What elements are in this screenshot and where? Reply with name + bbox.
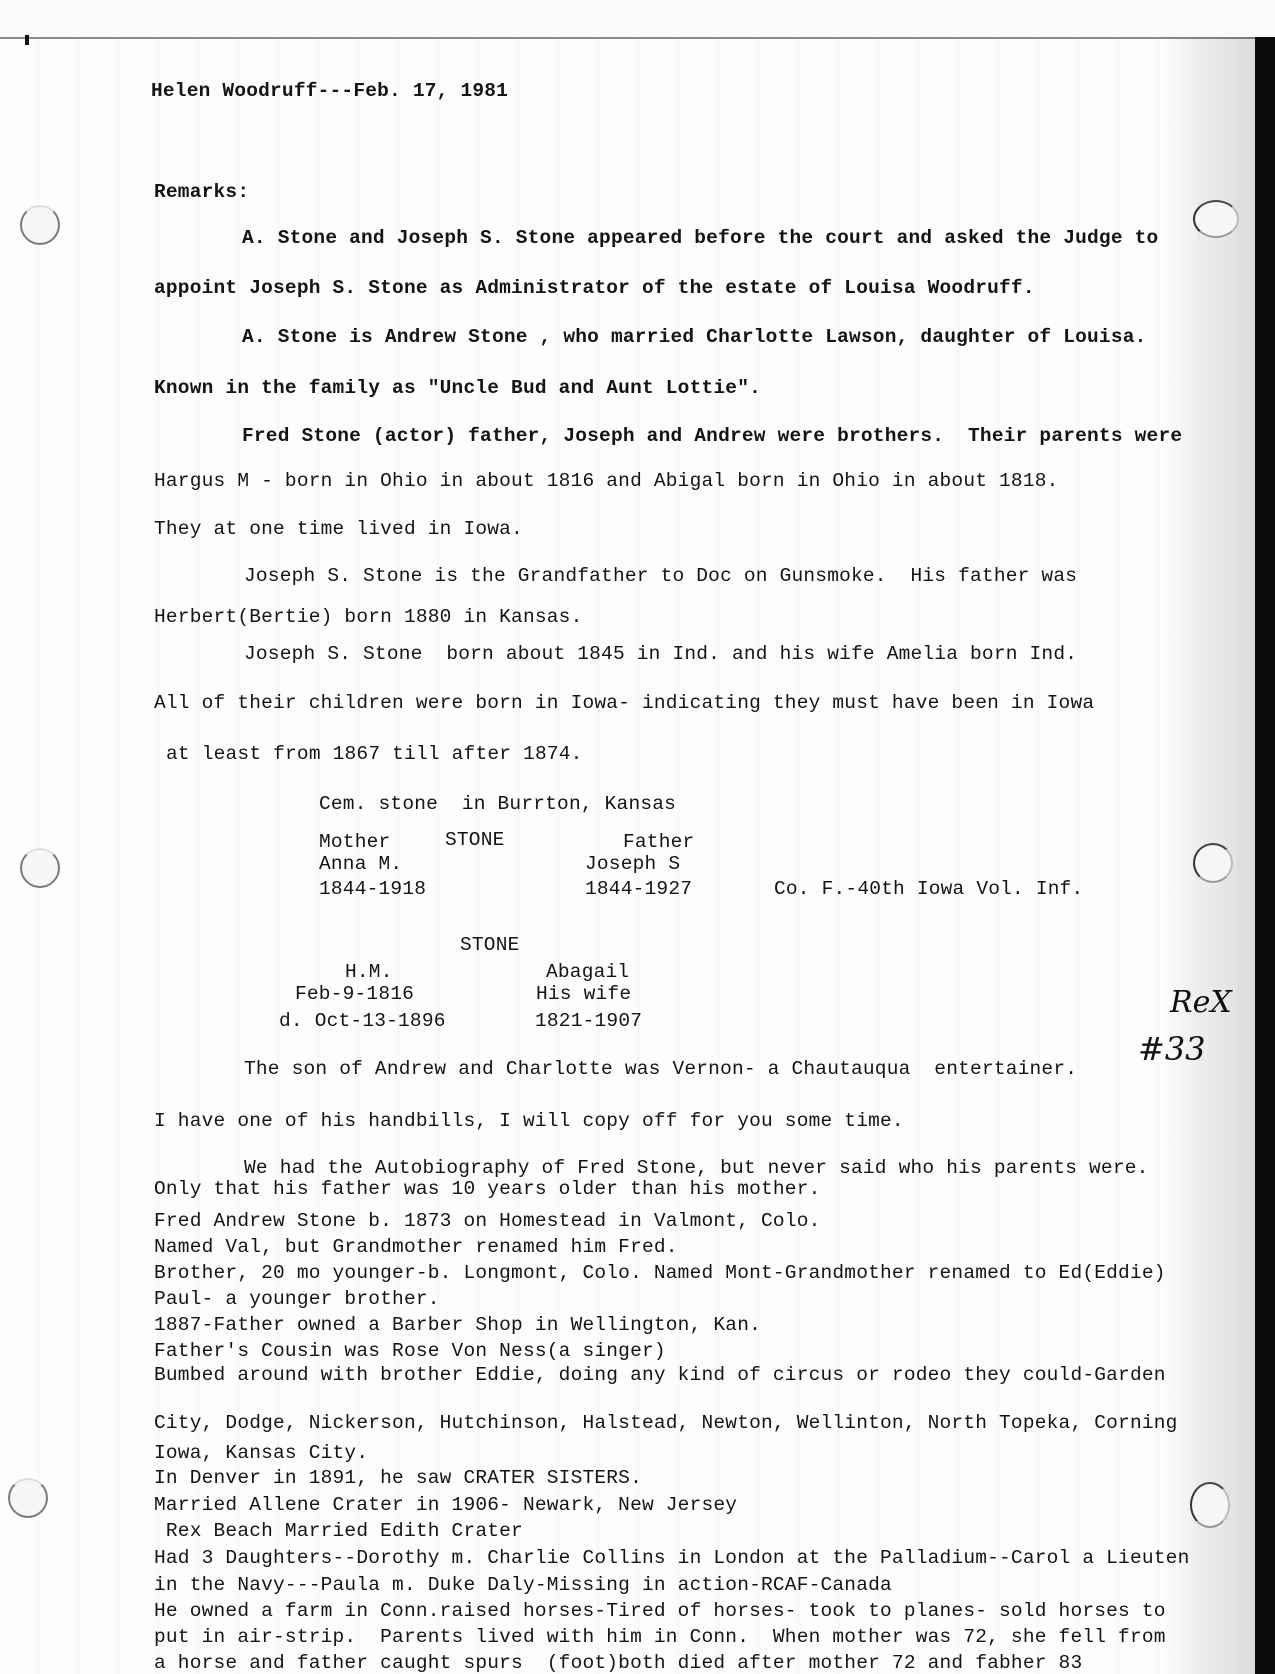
paragraph-line: Hargus M - born in Ohio in about 1816 an…: [154, 470, 1059, 492]
hole-punch-right-bottom: [1190, 1482, 1230, 1528]
stone1-mother-name: Anna M.: [319, 853, 402, 875]
paragraph-line: A. Stone is Andrew Stone , who married C…: [242, 326, 1147, 348]
paragraph-line: They at one time lived in Iowa.: [154, 518, 523, 540]
note-line: Bumbed around with brother Eddie, doing …: [154, 1364, 1166, 1386]
paragraph-line: Only that his father was 10 years older …: [154, 1178, 821, 1200]
note-line: put in air-strip. Parents lived with him…: [154, 1626, 1166, 1648]
hole-punch-left-middle: [20, 848, 60, 888]
paragraph-line: at least from 1867 till after 1874.: [166, 743, 583, 765]
paragraph-line: Joseph S. Stone born about 1845 in Ind. …: [244, 643, 1077, 665]
stone1-father-name: Joseph S: [585, 853, 680, 875]
note-line: Iowa, Kansas City.: [154, 1442, 368, 1464]
note-line: Father's Cousin was Rose Von Ness(a sing…: [154, 1340, 666, 1362]
note-line: Rex Beach Married Edith Crater: [154, 1520, 523, 1542]
scan-mark: [25, 35, 29, 45]
scan-edge-bar: [1255, 37, 1275, 1674]
note-line: a horse and father caught spurs (foot)bo…: [154, 1652, 1082, 1674]
paragraph-line: I have one of his handbills, I will copy…: [154, 1110, 904, 1132]
stone1-mother-years: 1844-1918: [319, 878, 426, 900]
scan-top-margin: [0, 0, 1275, 37]
paragraph-line: A. Stone and Joseph S. Stone appeared be…: [242, 227, 1158, 249]
paragraph-line: Known in the family as "Uncle Bud and Au…: [154, 377, 761, 399]
note-line: City, Dodge, Nickerson, Hutchinson, Hals…: [154, 1412, 1178, 1434]
remarks-label: Remarks:: [154, 181, 249, 203]
stone2-left-name: H.M.: [345, 961, 393, 983]
note-line: Fred Andrew Stone b. 1873 on Homestead i…: [154, 1210, 821, 1232]
note-line: 1887-Father owned a Barber Shop in Welli…: [154, 1314, 761, 1336]
note-line: In Denver in 1891, he saw CRATER SISTERS…: [154, 1467, 642, 1489]
paragraph-line: Fred Stone (actor) father, Joseph and An…: [242, 425, 1182, 447]
note-line: in the Navy---Paula m. Duke Daly-Missing…: [154, 1574, 892, 1596]
hole-punch-right-middle: [1193, 843, 1233, 883]
note-line: Named Val, but Grandmother renamed him F…: [154, 1236, 678, 1258]
stone1-military-note: Co. F.-40th Iowa Vol. Inf.: [774, 878, 1083, 900]
stone2-heading: STONE: [460, 934, 520, 956]
hole-punch-right-top: [1193, 200, 1239, 238]
hole-punch-left-top: [20, 205, 60, 245]
stone1-father-label: Father: [623, 831, 694, 853]
paragraph-line: The son of Andrew and Charlotte was Vern…: [244, 1058, 1077, 1080]
hole-punch-left-bottom: [8, 1478, 48, 1518]
paragraph-line: Herbert(Bertie) born 1880 in Kansas.: [154, 606, 582, 628]
note-line: Brother, 20 mo younger-b. Longmont, Colo…: [154, 1262, 1166, 1284]
stone2-right-name: Abagail: [546, 961, 629, 983]
note-line: Had 3 Daughters--Dorothy m. Charlie Coll…: [154, 1547, 1189, 1569]
note-line: Paul- a younger brother.: [154, 1288, 440, 1310]
paragraph-line: Joseph S. Stone is the Grandfather to Do…: [244, 565, 1077, 587]
handwritten-annotation: ReX: [1170, 985, 1232, 1020]
note-line: Married Allene Crater in 1906- Newark, N…: [154, 1494, 737, 1516]
stone2-right-years: 1821-1907: [535, 1010, 642, 1032]
handwritten-number: #33: [1138, 1030, 1206, 1068]
document-header: Helen Woodruff---Feb. 17, 1981: [151, 80, 508, 102]
paragraph-line: appoint Joseph S. Stone as Administrator…: [154, 277, 1035, 299]
stone1-heading: STONE: [445, 829, 505, 851]
stone1-father-years: 1844-1927: [585, 878, 692, 900]
note-line: He owned a farm in Conn.raised horses-Ti…: [154, 1600, 1166, 1622]
stone2-left-death: d. Oct-13-1896: [279, 1010, 446, 1032]
paragraph-line: All of their children were born in Iowa-…: [154, 692, 1094, 714]
stone1-mother-label: Mother: [319, 831, 390, 853]
cemetery-title: Cem. stone in Burrton, Kansas: [319, 793, 676, 815]
stone2-right-relation: His wife: [536, 983, 631, 1005]
stone2-left-birth: Feb-9-1816: [295, 983, 414, 1005]
paragraph-line: We had the Autobiography of Fred Stone, …: [244, 1157, 1149, 1179]
